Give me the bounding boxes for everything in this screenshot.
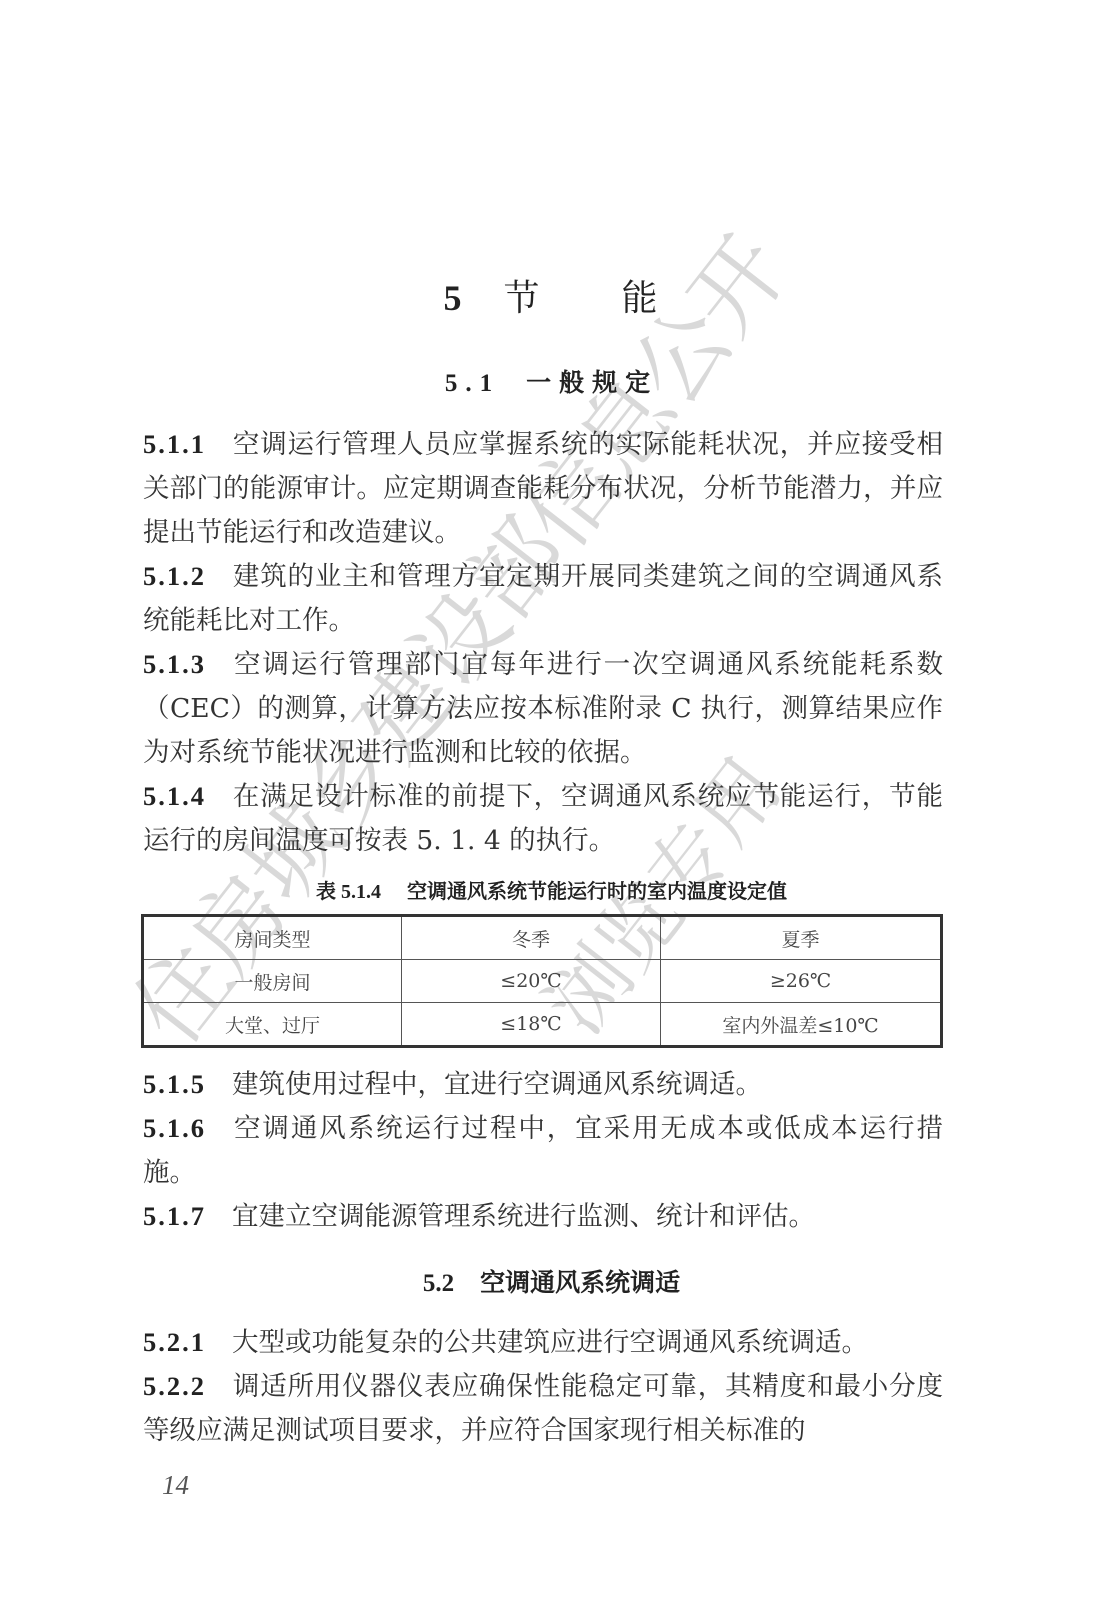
section-title-text: 一般规定 — [526, 368, 658, 397]
document-page: 住房城乡建设部信息公开 浏览专用 5节能 5.1一般规定 5.1.1空调运行管理… — [0, 0, 1103, 1598]
table-cell: ≥26℃ — [661, 960, 942, 1003]
table-header-cell: 房间类型 — [143, 916, 402, 960]
section-title-5-2: 5.2空调通风系统调适 — [0, 1263, 1103, 1299]
clause-text: 宜建立空调能源管理系统进行监测、统计和评估。 — [232, 1201, 815, 1232]
clause-5-1-5: 5.1.5建筑使用过程中，宜进行空调通风系统调适。 — [143, 1062, 943, 1107]
table-caption-number: 表 5.1.4 — [316, 881, 381, 903]
clause-5-1-2: 5.1.2建筑的业主和管理方宜定期开展同类建筑之间的空调通风系统能耗比对工作。 — [143, 554, 943, 643]
table-header-cell: 夏季 — [661, 916, 942, 960]
clause-number: 5.2.2 — [143, 1371, 206, 1401]
section-title-5-1: 5.1一般规定 — [0, 363, 1103, 399]
table-row: 大堂、过厅 ≤18℃ 室内外温差≤10℃ — [143, 1003, 942, 1047]
chapter-title-char-2: 能 — [622, 278, 660, 319]
section-number: 5.1 — [445, 370, 500, 397]
table-row: 一般房间 ≤20℃ ≥26℃ — [143, 960, 942, 1003]
section-title-text: 空调通风系统调适 — [480, 1268, 680, 1297]
clause-number: 5.1.5 — [143, 1069, 206, 1099]
clause-number: 5.1.1 — [143, 429, 206, 459]
table-cell: 室内外温差≤10℃ — [661, 1003, 942, 1047]
clause-text: 在满足设计标准的前提下，空调通风系统应节能运行，节能运行的房间温度可按表 5. … — [143, 781, 943, 856]
clause-number: 5.1.4 — [143, 781, 206, 811]
table-cell: 大堂、过厅 — [143, 1003, 402, 1047]
table-cell: ≤20℃ — [401, 960, 660, 1003]
chapter-title: 5节能 — [0, 270, 1103, 321]
table-caption-title: 空调通风系统节能运行时的室内温度设定值 — [407, 879, 787, 903]
clause-number: 5.1.6 — [143, 1113, 206, 1143]
clause-5-1-4: 5.1.4在满足设计标准的前提下，空调通风系统应节能运行，节能运行的房间温度可按… — [143, 774, 943, 863]
clause-5-1-7: 5.1.7宜建立空调能源管理系统进行监测、统计和评估。 — [143, 1194, 943, 1239]
clause-text: 空调通风系统运行过程中，宜采用无成本或低成本运行措施。 — [143, 1113, 943, 1188]
table-cell: ≤18℃ — [401, 1003, 660, 1047]
clause-5-2-1: 5.2.1大型或功能复杂的公共建筑应进行空调通风系统调适。 — [143, 1320, 943, 1365]
clause-number: 5.1.7 — [143, 1201, 206, 1231]
section-number: 5.2 — [423, 1270, 454, 1297]
table-header-row: 房间类型 冬季 夏季 — [143, 916, 942, 960]
clause-5-1-3: 5.1.3空调运行管理部门宜每年进行一次空调通风系统能耗系数（CEC）的测算，计… — [143, 642, 943, 775]
clause-number: 5.1.3 — [143, 649, 206, 679]
table-cell: 一般房间 — [143, 960, 402, 1003]
chapter-title-char-1: 节 — [503, 278, 541, 319]
clause-text: 空调运行管理部门宜每年进行一次空调通风系统能耗系数（CEC）的测算，计算方法应按… — [143, 649, 943, 768]
clause-number: 5.2.1 — [143, 1327, 206, 1357]
chapter-number: 5 — [443, 278, 463, 318]
clause-text: 建筑使用过程中，宜进行空调通风系统调适。 — [232, 1069, 762, 1100]
table-caption: 表 5.1.4空调通风系统节能运行时的室内温度设定值 — [0, 875, 1103, 904]
clause-text: 调适所用仪器仪表应确保性能稳定可靠，其精度和最小分度等级应满足测试项目要求，并应… — [143, 1371, 943, 1446]
clause-5-2-2: 5.2.2调适所用仪器仪表应确保性能稳定可靠，其精度和最小分度等级应满足测试项目… — [143, 1364, 943, 1453]
table-header-cell: 冬季 — [401, 916, 660, 960]
page-number: 14 — [162, 1470, 189, 1501]
clause-text: 大型或功能复杂的公共建筑应进行空调通风系统调适。 — [232, 1327, 868, 1358]
temperature-setpoint-table: 房间类型 冬季 夏季 一般房间 ≤20℃ ≥26℃ 大堂、过厅 ≤18℃ 室内外… — [141, 914, 943, 1048]
clause-text: 建筑的业主和管理方宜定期开展同类建筑之间的空调通风系统能耗比对工作。 — [143, 561, 943, 636]
clause-text: 空调运行管理人员应掌握系统的实际能耗状况，并应接受相关部门的能源审计。应定期调查… — [143, 429, 943, 548]
clause-5-1-1: 5.1.1空调运行管理人员应掌握系统的实际能耗状况，并应接受相关部门的能源审计。… — [143, 422, 943, 555]
clause-number: 5.1.2 — [143, 561, 206, 591]
clause-5-1-6: 5.1.6空调通风系统运行过程中，宜采用无成本或低成本运行措施。 — [143, 1106, 943, 1195]
